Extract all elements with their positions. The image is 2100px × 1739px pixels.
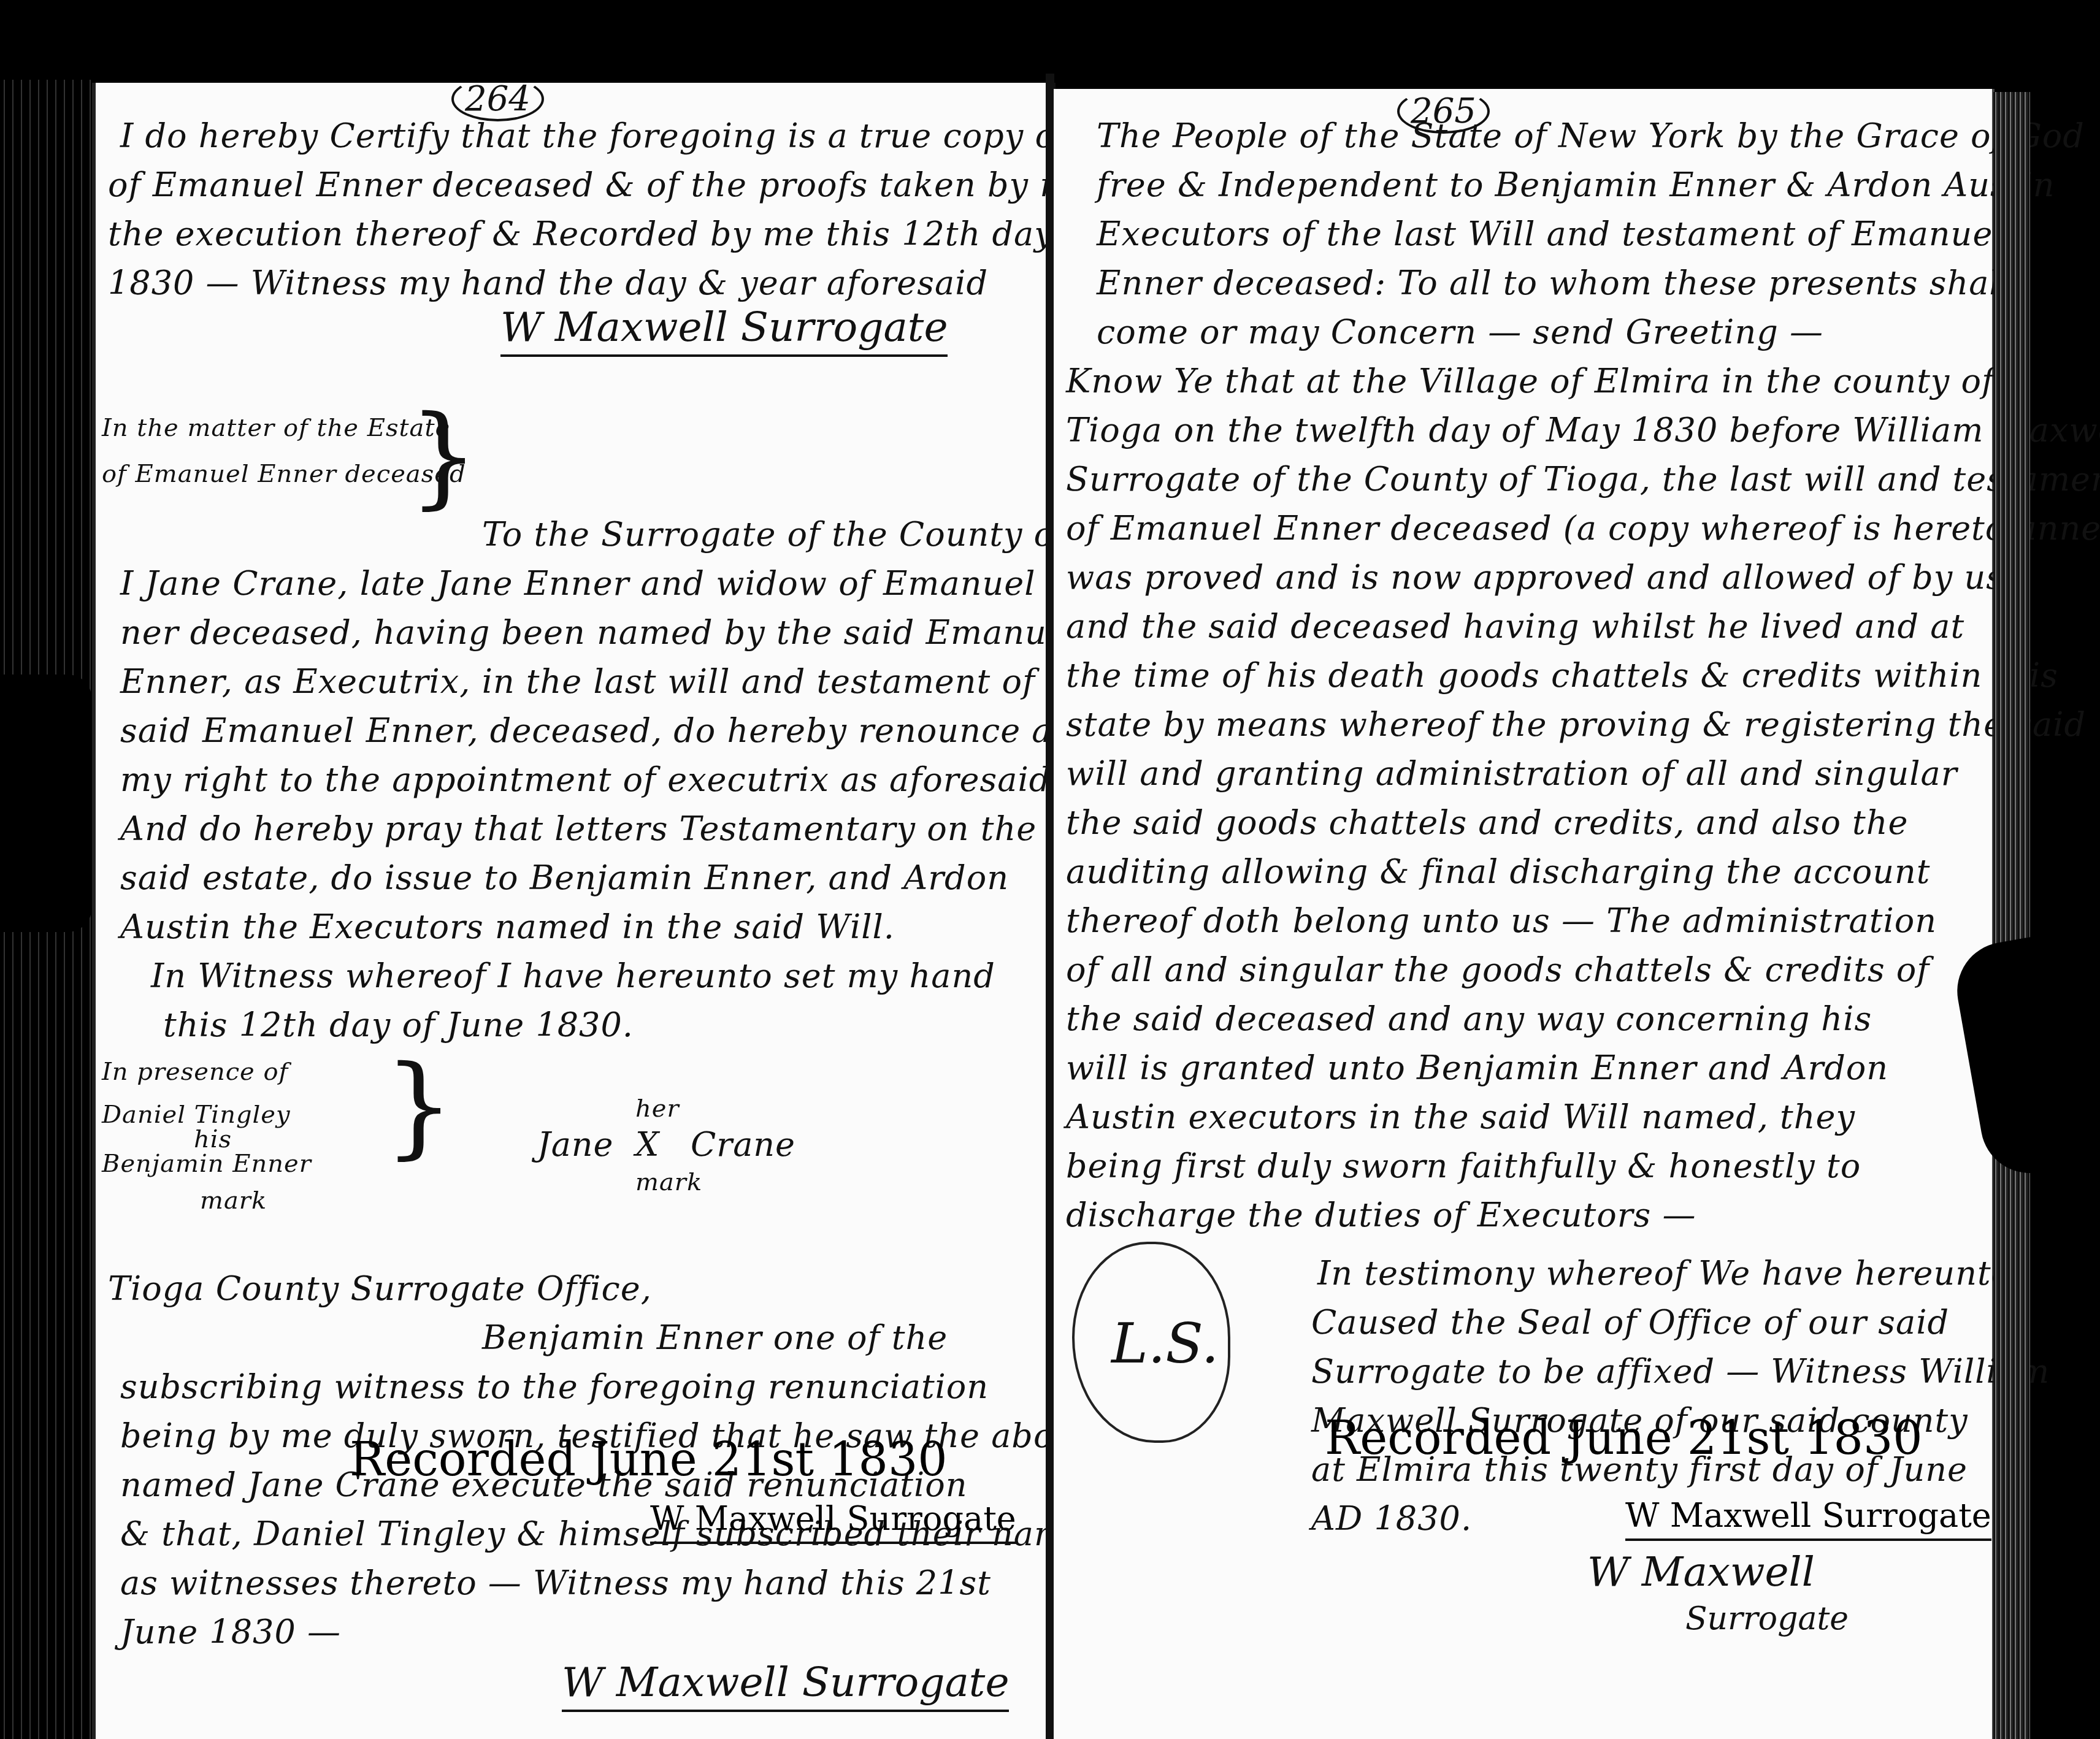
witness-name: Benjamin Enner bbox=[102, 1150, 312, 1178]
witness-clause: this 12th day of June 1830. bbox=[163, 1006, 634, 1044]
certificate-line: of Emanuel Enner deceased & of the proof… bbox=[108, 166, 1136, 204]
letters-line: Executors of the last Will and testament… bbox=[1097, 215, 2004, 253]
letters-line: Know Ye that at the Village of Elmira in… bbox=[1066, 362, 1995, 400]
affidavit-line: Benjamin Enner one of the bbox=[482, 1318, 948, 1357]
estate-caption: In the matter of the Estate bbox=[102, 414, 450, 442]
presence-label: In presence of bbox=[102, 1058, 288, 1086]
right-recorded-line: Recorded June 21st 1830 bbox=[1325, 1410, 1923, 1465]
left-recorded-signature: W Maxwell Surrogate bbox=[650, 1499, 1016, 1544]
testimony-line: Caused the Seal of Office of our said bbox=[1311, 1303, 1949, 1342]
letters-line: The People of the State of New York by t… bbox=[1097, 117, 2085, 155]
certificate-line: the execution thereof & Recorded by me t… bbox=[108, 215, 1184, 253]
renunciation-line: ner deceased, having been named by the s… bbox=[120, 613, 1078, 652]
signer-mark-label: mark bbox=[635, 1168, 702, 1196]
letters-line: discharge the duties of Executors — bbox=[1066, 1196, 1696, 1234]
witness-mark-label: mark bbox=[200, 1187, 267, 1215]
renunciation-line: said Emanuel Enner, deceased, do hereby … bbox=[120, 711, 1075, 750]
renunciation-line: said estate, do issue to Benjamin Enner,… bbox=[120, 858, 1009, 897]
witness-brace: } bbox=[384, 1052, 454, 1162]
affidavit-line: June 1830 — bbox=[120, 1613, 341, 1651]
testimony-line: Surrogate to be affixed — Witness Willia… bbox=[1311, 1352, 2050, 1391]
scanner-thumb-left bbox=[0, 675, 92, 932]
office-heading: Tioga County Surrogate Office, bbox=[108, 1269, 652, 1308]
letters-line: the time of his death goods chattels & c… bbox=[1066, 656, 2058, 695]
renunciation-line: And do hereby pray that letters Testamen… bbox=[120, 809, 1037, 848]
book-edge-right bbox=[1993, 92, 2030, 1739]
renunciation-line: I Jane Crane, late Jane Enner and widow … bbox=[120, 564, 1105, 603]
letters-line: Austin executors in the said Will named,… bbox=[1066, 1098, 1855, 1136]
caption-brace: } bbox=[408, 402, 479, 512]
letters-line: Surrogate of the County of Tioga, the la… bbox=[1066, 460, 2100, 499]
signer-her: her bbox=[635, 1095, 680, 1123]
signer-last: Crane bbox=[691, 1125, 795, 1164]
letters-line: of all and singular the goods chattels &… bbox=[1066, 950, 1929, 989]
certificate-line: 1830 — Witness my hand the day & year af… bbox=[108, 264, 988, 302]
signer-x-mark: X bbox=[635, 1125, 659, 1164]
left-page: 264 I do hereby Certify that the foregoi… bbox=[92, 83, 1056, 1739]
seal-locus-sigilli: L.S. bbox=[1072, 1242, 1230, 1443]
testimony-line: In testimony whereof We have hereunto bbox=[1317, 1254, 2012, 1293]
affidavit-line: as witnesses thereto — Witness my hand t… bbox=[120, 1564, 991, 1602]
left-recorded-line: Recorded June 21st 1830 bbox=[350, 1432, 948, 1486]
certificate-signature: W Maxwell Surrogate bbox=[500, 304, 948, 357]
affidavit-signature: W Maxwell Surrogate bbox=[562, 1659, 1009, 1712]
right-page: 265 The People of the State of New York … bbox=[1054, 89, 1995, 1739]
letters-line: come or may Concern — send Greeting — bbox=[1097, 313, 1823, 351]
renunciation-line: my right to the appointment of executrix… bbox=[120, 760, 1051, 799]
renunciation-line: Enner, as Executrix, in the last will an… bbox=[120, 662, 1103, 701]
affidavit-line: subscribing witness to the foregoing ren… bbox=[120, 1367, 989, 1406]
letters-line: auditing allowing & final discharging th… bbox=[1066, 852, 1930, 891]
letters-line: being first duly sworn faithfully & hone… bbox=[1066, 1147, 1861, 1185]
letters-line: of Emanuel Enner deceased (a copy whereo… bbox=[1066, 509, 2100, 548]
letters-line: thereof doth belong unto us — The admini… bbox=[1066, 901, 1937, 940]
right-recorded-signature: W Maxwell Surrogate bbox=[1625, 1496, 1991, 1541]
book-gutter bbox=[1046, 74, 1054, 1739]
page-number: 264 bbox=[451, 77, 544, 121]
letters-line: the said goods chattels and credits, and… bbox=[1066, 803, 1909, 842]
letters-line: and the said deceased having whilst he l… bbox=[1066, 607, 1964, 646]
letters-line: will and granting administration of all … bbox=[1066, 754, 1958, 793]
seal-label: L.S. bbox=[1111, 1312, 1219, 1376]
testimony-line: AD 1830. bbox=[1311, 1499, 1472, 1538]
renunciation-line: Austin the Executors named in the said W… bbox=[120, 908, 895, 946]
signature-title: Surrogate bbox=[1685, 1600, 1849, 1637]
letters-line: was proved and is now approved and allow… bbox=[1066, 558, 2004, 597]
letters-line: Enner deceased: To all to whom these pre… bbox=[1097, 264, 2012, 302]
letters-line: free & Independent to Benjamin Enner & A… bbox=[1097, 166, 2055, 204]
letters-line: state by means whereof the proving & reg… bbox=[1066, 705, 2086, 744]
letters-line: the said deceased and any way concerning… bbox=[1066, 999, 1872, 1038]
witness-his: his bbox=[194, 1125, 232, 1153]
signature-name: W Maxwell bbox=[1587, 1548, 1815, 1596]
signer-first: Jane bbox=[537, 1125, 614, 1164]
letters-line: will is granted unto Benjamin Enner and … bbox=[1066, 1049, 1888, 1087]
letters-line: Tioga on the twelfth day of May 1830 bef… bbox=[1066, 411, 2100, 449]
witness-clause: In Witness whereof I have hereunto set m… bbox=[151, 957, 995, 995]
